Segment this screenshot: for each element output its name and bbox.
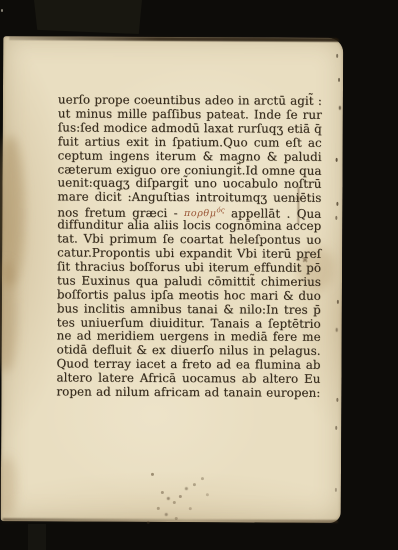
stain-bottom-left (0, 456, 17, 516)
scanner-cradle-edge (28, 524, 46, 550)
scanner-cradle-shadow (34, 0, 142, 34)
handwritten-greek-annotation: πορθμός (184, 208, 225, 219)
text-line: mare dicit̃ :Anguſtias introitumqʒ ueniē… (57, 191, 321, 206)
greek-superscript: ός (217, 206, 225, 214)
scan-background: uerſo prope coeuntibus adeo in arctū agi… (0, 0, 398, 550)
dust-speck (1, 9, 3, 12)
page-top-edge-stain (9, 36, 339, 42)
page-bottom-edge-stain (3, 518, 338, 523)
edge-specks (336, 158, 338, 162)
text-line: ropen ad nilum africam ad tanain europen… (56, 385, 320, 400)
printed-text-block: uerſo prope coeuntibus adeo in arctū agi… (56, 93, 322, 400)
ink-speckles (151, 473, 154, 476)
book-page: uerſo prope coeuntibus adeo in arctū agi… (1, 36, 344, 523)
